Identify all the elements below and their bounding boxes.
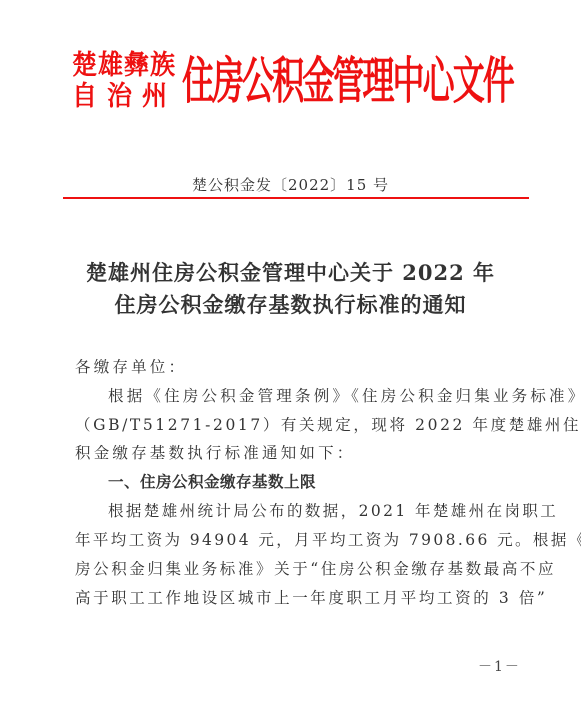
section-heading-1: 一、住房公积金缴存基数上限 <box>108 472 316 492</box>
body-line: 根据《住房公积金管理条例》《住房公积金归集业务标准》 <box>108 386 581 406</box>
issuer-name-line2: 自治州 <box>72 81 177 111</box>
body-line: 房公积金归集业务标准》关于“住房公积金缴存基数最高不应 <box>75 559 556 579</box>
notice-title-line1: 楚雄州住房公积金管理中心关于 2022 年 <box>0 257 581 287</box>
body-line: 高于职工工作地设区城市上一年度职工月平均工资的 3 倍” <box>75 588 547 608</box>
salutation: 各缴存单位： <box>75 357 187 377</box>
notice-title-line2: 住房公积金缴存基数执行标准的通知 <box>0 289 581 319</box>
page-number: －1－ <box>478 656 521 676</box>
document-header-title: 住房公积金管理中心文件 <box>182 50 513 112</box>
body-line: 积金缴存基数执行标准通知如下： <box>75 443 356 463</box>
document-number: 楚公积金发〔2022〕15 号 <box>0 174 581 195</box>
red-divider-line <box>63 197 529 199</box>
body-line: （GB/T51271-2017）有关规定，现将 2022 年度楚雄州住房公 <box>75 415 581 435</box>
body-line: 根据楚雄州统计局公布的数据，2021 年楚雄州在岗职工 <box>108 501 558 521</box>
issuer-name-line1: 楚雄彝族 <box>72 50 176 80</box>
body-line: 年平均工资为 94904 元，月平均工资为 7908.66 元。根据《住 <box>75 530 581 550</box>
